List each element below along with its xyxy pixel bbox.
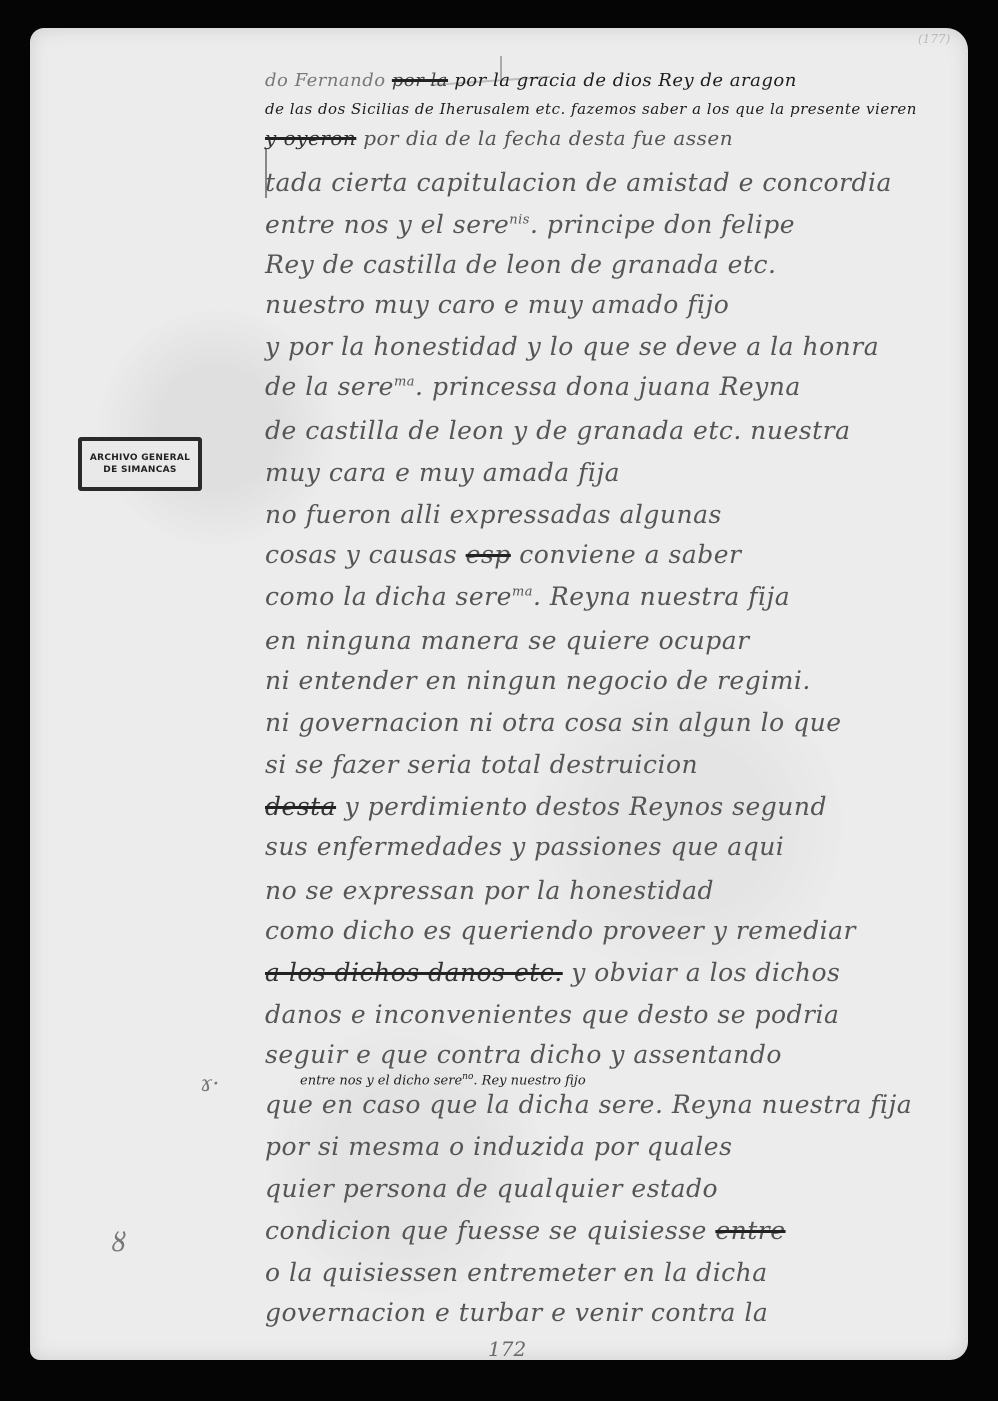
text-line-13: en ninguna manera se quiere ocupar	[265, 626, 750, 655]
text-line-18: sus enfermedades y passiones que aqui	[265, 832, 784, 861]
text-line-21: a los dichos danos etc. y obviar a los d…	[265, 958, 840, 987]
text-line-20: como dicho es queriendo proveer y remedi…	[265, 916, 856, 945]
text-line-8: de castilla de leon y de granada etc. nu…	[265, 416, 851, 445]
text-line-6: y por la honestidad y lo que se deve a l…	[265, 332, 879, 361]
text-line-7: de la serema. princessa dona juana Reyna	[265, 372, 801, 401]
text-line-23: seguir e que contra dicho y assentando	[265, 1040, 782, 1069]
margin-doodle: ȣ	[112, 1228, 126, 1258]
text-line-15: ni governacion ni otra cosa sin algun lo…	[265, 708, 842, 737]
interlinear-insertion: entre nos y el dicho sereno. Rey nuestro…	[300, 1072, 586, 1088]
margin-flourish: ɤ·	[200, 1072, 219, 1097]
text-line-9: muy cara e muy amada fija	[265, 458, 620, 487]
archive-stamp: ARCHIVO GENERAL DE SIMANCAS	[78, 437, 202, 491]
stamp-line-2: DE SIMANCAS	[103, 464, 176, 476]
text-line-17: desta y perdimiento destos Reynos segund	[265, 792, 827, 821]
text-line-28: condicion que fuesse se quisiesse entre	[265, 1216, 786, 1245]
text-line-25: que en caso que la dicha sere. Reyna nue…	[265, 1090, 912, 1119]
folio-mark: (177)	[918, 32, 950, 46]
text-line-27: quier persona de qualquier estado	[265, 1174, 718, 1203]
text-line-22: danos e inconvenientes que desto se podr…	[265, 1000, 839, 1029]
text-line-26: por si mesma o induzida por quales	[265, 1132, 732, 1161]
text-line-16: si se fazer seria total destruicion	[265, 750, 698, 779]
text-line-3: entre nos y el serenis. principe don fel…	[265, 210, 795, 239]
text-line-5: nuestro muy caro e muy amado fijo	[265, 290, 729, 319]
text-line-19: no se expressan por la honestidad	[265, 876, 714, 905]
text-line-14: ni entender en ningun negocio de regimi.	[265, 666, 811, 695]
text-line-30: governacion e turbar e venir contra la	[265, 1298, 768, 1327]
text-line-2: tada cierta capitulacion de amistad e co…	[265, 168, 892, 197]
header-line-1: do Fernando por la por la gracia de dios…	[265, 70, 797, 91]
text-line-29: o la quisiessen entremeter en la dicha	[265, 1258, 768, 1287]
page-number: 172	[488, 1337, 526, 1361]
text-line-1: y oyeron por dia de la fecha desta fue a…	[265, 126, 733, 150]
text-line-10: no fueron alli expressadas algunas	[265, 500, 722, 529]
stamp-line-1: ARCHIVO GENERAL	[90, 452, 190, 464]
text-line-11: cosas y causas esp conviene a saber	[265, 540, 742, 569]
text-line-12: como la dicha serema. Reyna nuestra fija	[265, 582, 790, 611]
text-line-4: Rey de castilla de leon de granada etc.	[265, 250, 776, 279]
header-line-2: de las dos Sicilias de Iherusalem etc. f…	[265, 100, 917, 118]
